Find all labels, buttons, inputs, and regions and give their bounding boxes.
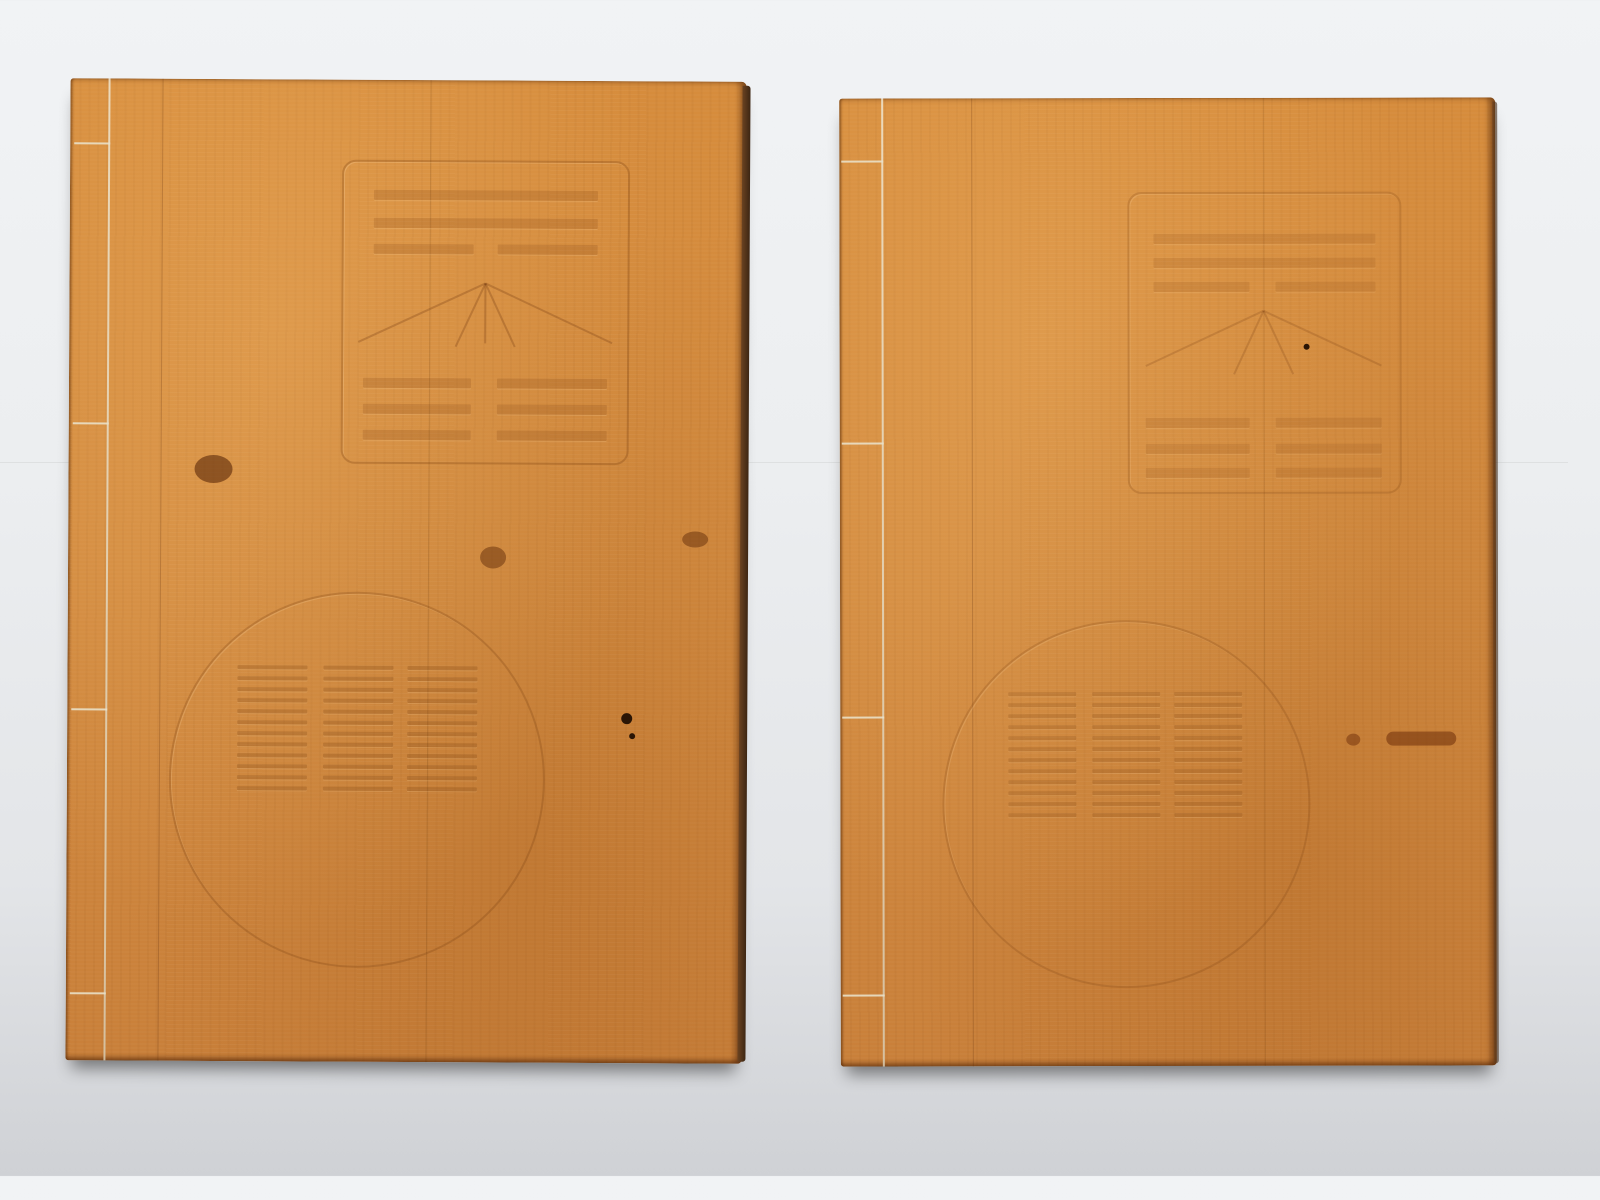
embossed-circular-seal — [942, 620, 1311, 989]
binding-thread — [103, 78, 110, 1060]
book-left — [65, 78, 746, 1064]
embossed-trigram-emblem — [341, 160, 631, 466]
stain-spot — [194, 455, 232, 483]
embossed-trigram-emblem — [1127, 192, 1402, 494]
cover-crease — [971, 98, 974, 1066]
binding-stitch — [73, 422, 109, 424]
stain-spot — [480, 546, 506, 568]
binding-thread — [881, 98, 885, 1066]
binding-stitch — [842, 442, 884, 444]
wormhole — [629, 733, 635, 739]
book-right — [839, 97, 1497, 1066]
embossed-circular-seal — [168, 591, 546, 969]
binding-stitch — [70, 992, 106, 994]
stain-spot — [1386, 731, 1456, 745]
book-fore-edge — [737, 86, 750, 1062]
stain-spot — [1346, 734, 1360, 746]
binding-stitch — [842, 716, 884, 718]
wormhole — [1304, 344, 1310, 350]
stain-spot — [682, 531, 708, 547]
binding-stitch — [71, 708, 107, 710]
book-fore-edge — [1492, 101, 1499, 1063]
binding-stitch — [74, 142, 110, 144]
binding-stitch — [841, 160, 883, 162]
wormhole — [621, 713, 632, 724]
cover-crease — [157, 79, 163, 1061]
binding-stitch — [843, 994, 885, 996]
